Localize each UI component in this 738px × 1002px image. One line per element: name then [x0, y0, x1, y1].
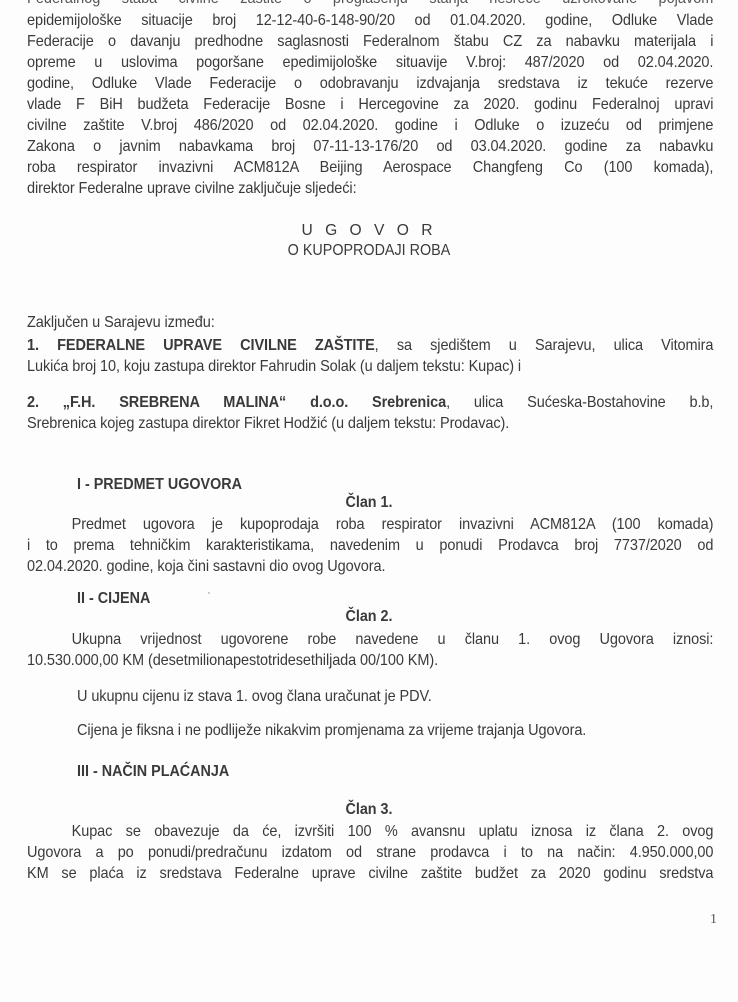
preamble-line: Federacije o davanju predhodne saglasnos… [27, 31, 713, 52]
section-heading-1: I - PREDMET UGOVORA [77, 476, 242, 494]
party-2-details: Srebrenica kojeg zastupa direktor Fikret… [27, 413, 713, 434]
article-1-text: Predmet ugovora je kupoprodaja roba resp… [27, 514, 713, 577]
section-heading-2: II - CIJENA [77, 590, 150, 608]
article-3-title: Član 3. [30, 801, 709, 819]
contract-subtitle: O KUPOPRODAJI ROBA [30, 242, 709, 260]
preamble-line: vlade F BiH budžeta Federacije Bosne i H… [27, 94, 713, 115]
preamble-cut-line: Federalnog štaba civilne zaštite o progl… [27, 0, 713, 9]
article-2-text: Ukupna vrijednost ugovorene robe naveden… [27, 629, 713, 671]
preamble-line: epidemijološke situacije broj 12-12-40-6… [27, 10, 713, 31]
article-2-fixed-price-note: Cijena je fiksna i ne podliježe nikakvim… [77, 720, 738, 741]
party-1-name: FEDERALNE UPRAVE CIVILNE ZAŠTITE [57, 337, 375, 354]
preamble-line: opreme u uslovima pogoršane epedimijološ… [27, 52, 713, 73]
article-1-title: Član 1. [30, 494, 709, 512]
party-2-number: 2. [27, 394, 39, 411]
section-heading-3: III - NAČIN PLAĆANJA [77, 763, 229, 781]
party-2: 2. „F.H. SREBRENA MALINA“ d.o.o. Srebren… [27, 392, 713, 434]
party-1-details: Lukića broj 10, koju zastupa direktor Fa… [27, 356, 713, 377]
article-3-text: Kupac se obavezuje da će, izvršiti 100 %… [27, 821, 713, 884]
preamble-line: Zakona o javnim nabavkama broj 07-11-13-… [27, 136, 713, 157]
preamble-line: civilne zaštite V.broj 486/2020 od 02.04… [27, 115, 713, 136]
preamble-paragraph: epidemijološke situacije broj 12-12-40-6… [27, 10, 713, 199]
article-2-vat-note: U ukupnu cijenu iz stava 1. ovog člana u… [77, 686, 738, 707]
preamble-line: roba respirator invazivni ACM812A Beijin… [27, 157, 713, 178]
preamble-line: godine, Odluke Vlade Federacije o odobra… [27, 73, 713, 94]
party-1-number: 1. [27, 337, 39, 354]
document-page: Federalnog štaba civilne zaštite o progl… [0, 0, 738, 1002]
concluded-text: Zaključen u Sarajevu između: [27, 312, 713, 333]
party-2-name: „F.H. SREBRENA MALINA“ d.o.o. Srebrenica [63, 394, 446, 411]
page-number: 1 [710, 912, 717, 928]
contract-title: U G O V O R [0, 222, 738, 240]
party-1: 1. FEDERALNE UPRAVE CIVILNE ZAŠTITE, sa … [27, 335, 713, 377]
scan-mark: ˋ [207, 590, 211, 604]
article-2-title: Član 2. [30, 608, 709, 626]
preamble-line: direktor Federalne uprave civilne zaklju… [27, 178, 713, 199]
